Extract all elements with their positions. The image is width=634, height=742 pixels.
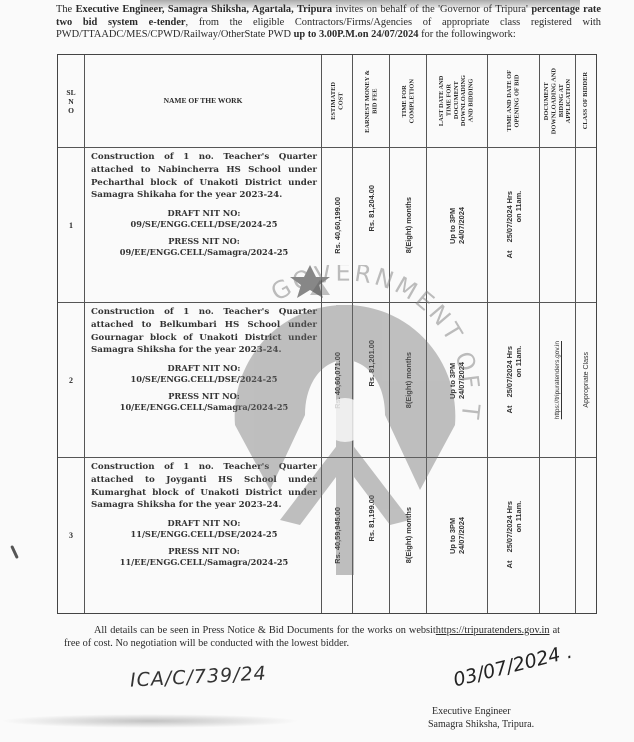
- header-class-of-bidder: CLASS OF BIDDER: [576, 55, 596, 147]
- work-description: Construction of 1 no. Teacher's Quarter …: [91, 151, 317, 202]
- header-name-of-work: NAME OF THE WORK: [85, 55, 321, 147]
- draft-nit: DRAFT NIT NO:10/SE/ENGG.CELL/DSE/2024-25: [91, 363, 317, 385]
- tender-deadline: up to 3.00P.M.on 24/07/2024: [294, 29, 419, 40]
- press-nit: PRESS NIT NO:09/EE/ENGG.CELL/Samagra/202…: [91, 236, 317, 258]
- row-2-earnest-money: Rs. 81,201.00: [353, 303, 389, 423]
- row-2-opening: At 25/07/2024 Hrs on 11am.: [488, 303, 539, 457]
- row-1-estimated-cost: Rs. 40,60,199.00: [322, 148, 352, 302]
- doc-download-link[interactable]: https://tripuratenders.gov.in: [540, 148, 575, 612]
- row-2-completion: 8(Eight) months: [390, 303, 426, 457]
- footer-note: All details can be seen in Press Notice …: [64, 625, 560, 650]
- tender-intro-paragraph: The Executive Engineer, Samagra Shiksha,…: [56, 4, 601, 42]
- header-opening-date: TIME AND DATE OF OPENING OF BID: [488, 55, 539, 147]
- row-2-sl: 2: [58, 303, 84, 457]
- header-document-downloading: DOCUMENT DOWNLOADING AND BIDING AT APPLI…: [540, 55, 575, 147]
- row-3-earnest-money: Rs. 81,199.00: [353, 458, 389, 578]
- signatory-title: Executive Engineer: [432, 705, 534, 718]
- row-1-earnest-money: Rs. 81,204.00: [353, 148, 389, 268]
- tender-table: SL N O NAME OF THE WORK ESTIMATED COST E…: [57, 54, 597, 614]
- footer-text: All details can be seen in Press Notice …: [94, 625, 436, 636]
- row-3-work: Construction of 1 no. Teacher's Quarter …: [91, 461, 317, 568]
- row-1-sl: 1: [58, 148, 84, 302]
- row-3-sl: 3: [58, 458, 84, 612]
- handwritten-reference-number: ICA/C/739/24: [130, 662, 268, 691]
- row-1-opening: At 25/07/2024 Hrs on 11am.: [488, 148, 539, 302]
- row-3-opening: At 25/07/2024 Hrs on 11am.: [488, 458, 539, 612]
- tripuratenders-link[interactable]: https://tripuratenders.gov.in: [436, 625, 550, 636]
- intro-text: for the followingwork:: [418, 29, 515, 40]
- header-sl-no: SL N O: [58, 55, 84, 147]
- header-last-date: LAST DATE AND TIME FOR DOCUMENT DOWNLOAD…: [427, 55, 487, 147]
- signatory-block: Executive Engineer Samagra Shiksha, Trip…: [432, 705, 534, 731]
- bidder-class: Appropriate Class: [576, 148, 596, 612]
- work-description: Construction of 1 no. Teacher's Quarter …: [91, 461, 317, 512]
- header-estimated-cost: ESTIMATED COST: [322, 55, 352, 147]
- draft-nit: DRAFT NIT NO:11/SE/ENGG.CELL/DSE/2024-25: [91, 518, 317, 540]
- row-1-last-date: Up to 3PM 24/07/2024: [427, 148, 487, 302]
- draft-nit: DRAFT NIT NO:09/SE/ENGG.CELL/DSE/2024-25: [91, 208, 317, 230]
- work-description: Construction of 1 no. Teacher's Quarter …: [91, 306, 317, 357]
- intro-text: The: [56, 4, 76, 15]
- row-3-last-date: Up to 3PM 24/07/2024: [427, 458, 487, 612]
- row-1-work: Construction of 1 no. Teacher's Quarter …: [91, 151, 317, 258]
- press-nit: PRESS NIT NO:11/EE/ENGG.CELL/Samagra/202…: [91, 546, 317, 568]
- row-2-work: Construction of 1 no. Teacher's Quarter …: [91, 306, 317, 413]
- signatory-organization: Samagra Shiksha, Tripura.: [428, 718, 534, 731]
- header-time-completion: TIME FOR COMPLETION: [390, 55, 426, 147]
- row-3-estimated-cost: Rs. 40,59,945.00: [322, 458, 352, 612]
- header-earnest-money: EARNEST MONEY & BID FEE: [353, 55, 389, 147]
- row-3-completion: 8(Eight) months: [390, 458, 426, 612]
- intro-text: invites on behalf of the 'Governor of Tr…: [332, 4, 531, 15]
- row-1-completion: 8(Eight) months: [390, 148, 426, 302]
- row-2-last-date: Up to 3PM 24/07/2024: [427, 303, 487, 457]
- issuing-authority: Executive Engineer, Samagra Shiksha, Aga…: [76, 4, 332, 15]
- row-2-estimated-cost: Rs. 40,60,071.00: [322, 303, 352, 457]
- scan-mark: [10, 545, 19, 559]
- press-nit: PRESS NIT NO:10/EE/ENGG.CELL/Samagra/202…: [91, 391, 317, 413]
- scan-smudge: [0, 714, 300, 728]
